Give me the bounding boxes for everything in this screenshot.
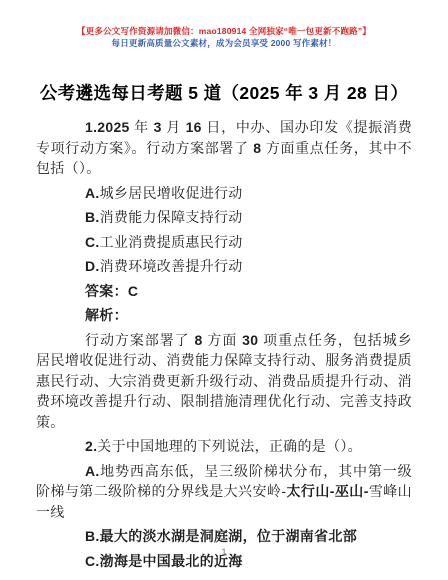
text-segment: 解析：	[85, 307, 128, 323]
question-1-option-d: D.消费环境改善提升行动	[36, 256, 412, 277]
text-segment: 年	[130, 119, 154, 135]
text-segment: 16	[186, 119, 202, 135]
promo-line-blue: 每日更新高质量公文素材，成为会员享受 2000 写作素材！	[0, 37, 448, 49]
promo-header: 【更多公文写作资源请加微信：mao180914 全网独家“唯一包更新不跑路”】 …	[0, 0, 448, 49]
text-segment: 3	[154, 119, 162, 135]
text-segment: 2.	[85, 438, 97, 454]
text-segment: 方面	[203, 332, 243, 348]
promo-line-red: 【更多公文写作资源请加微信：mao180914 全网独家“唯一包更新不跑路”】	[0, 25, 448, 37]
question-1-option-a: A.城乡居民增收促进行动	[36, 183, 412, 204]
text-segment: 30	[242, 332, 258, 348]
page-number: 1	[0, 547, 448, 558]
text-segment: 消费能力保障支持行动	[100, 209, 243, 225]
text-segment: 月	[162, 119, 186, 135]
question-2-option-a: A.地势西高东低，呈三级阶梯状分布，其中第一级阶梯与第二级阶梯的分界线是大兴安岭…	[36, 461, 412, 523]
text-segment: 工业消费提质惠民行动	[100, 234, 243, 250]
question-1-option-b: B.消费能力保障支持行动	[36, 207, 412, 228]
text-segment: 1.2025	[85, 119, 130, 135]
text-segment: A.	[85, 185, 100, 201]
document-page: 【更多公文写作资源请加微信：mao180914 全网独家“唯一包更新不跑路”】 …	[0, 0, 448, 580]
text-segment: 城乡居民增收促进行动	[100, 185, 243, 201]
text-segment: 太行山-巫山-	[286, 483, 368, 499]
question-1-analysis-label: 解析：	[36, 305, 412, 326]
question-2-stem: 2.关于中国地理的下列说法，正确的是（）。	[36, 436, 412, 457]
text-segment: A.	[85, 463, 100, 479]
text-segment: 关于中国地理的下列说法，正确的是（）。	[97, 438, 362, 454]
page-title: 公考遴选每日考题 5 道（2025 年 3 月 28 日）	[0, 80, 448, 105]
text-segment: 答案：C	[85, 283, 138, 299]
text-segment: C.	[85, 234, 100, 250]
question-1-stem: 1.2025 年 3 月 16 日，中办、国办印发《提振消费专项行动方案》。行动…	[36, 117, 412, 179]
text-segment: B.	[85, 528, 100, 544]
question-2-option-b: B.最大的淡水湖是洞庭湖，位于湖南省北部	[36, 526, 412, 547]
question-1-option-c: C.工业消费提质惠民行动	[36, 232, 412, 253]
text-segment: D.	[85, 258, 100, 274]
text-segment: 消费环境改善提升行动	[100, 258, 243, 274]
text-segment: 行动方案部署了	[85, 332, 194, 348]
text-segment: 8	[194, 332, 202, 348]
question-1-analysis-text: 行动方案部署了 8 方面 30 项重点任务，包括城乡居民增收促进行动、消费能力保…	[36, 330, 412, 433]
document-body: 1.2025 年 3 月 16 日，中办、国办印发《提振消费专项行动方案》。行动…	[0, 117, 448, 571]
text-segment: 最大的淡水湖是洞庭湖，位于湖南省北部	[100, 528, 357, 544]
question-1-answer: 答案：C	[36, 281, 412, 302]
text-segment: B.	[85, 209, 100, 225]
